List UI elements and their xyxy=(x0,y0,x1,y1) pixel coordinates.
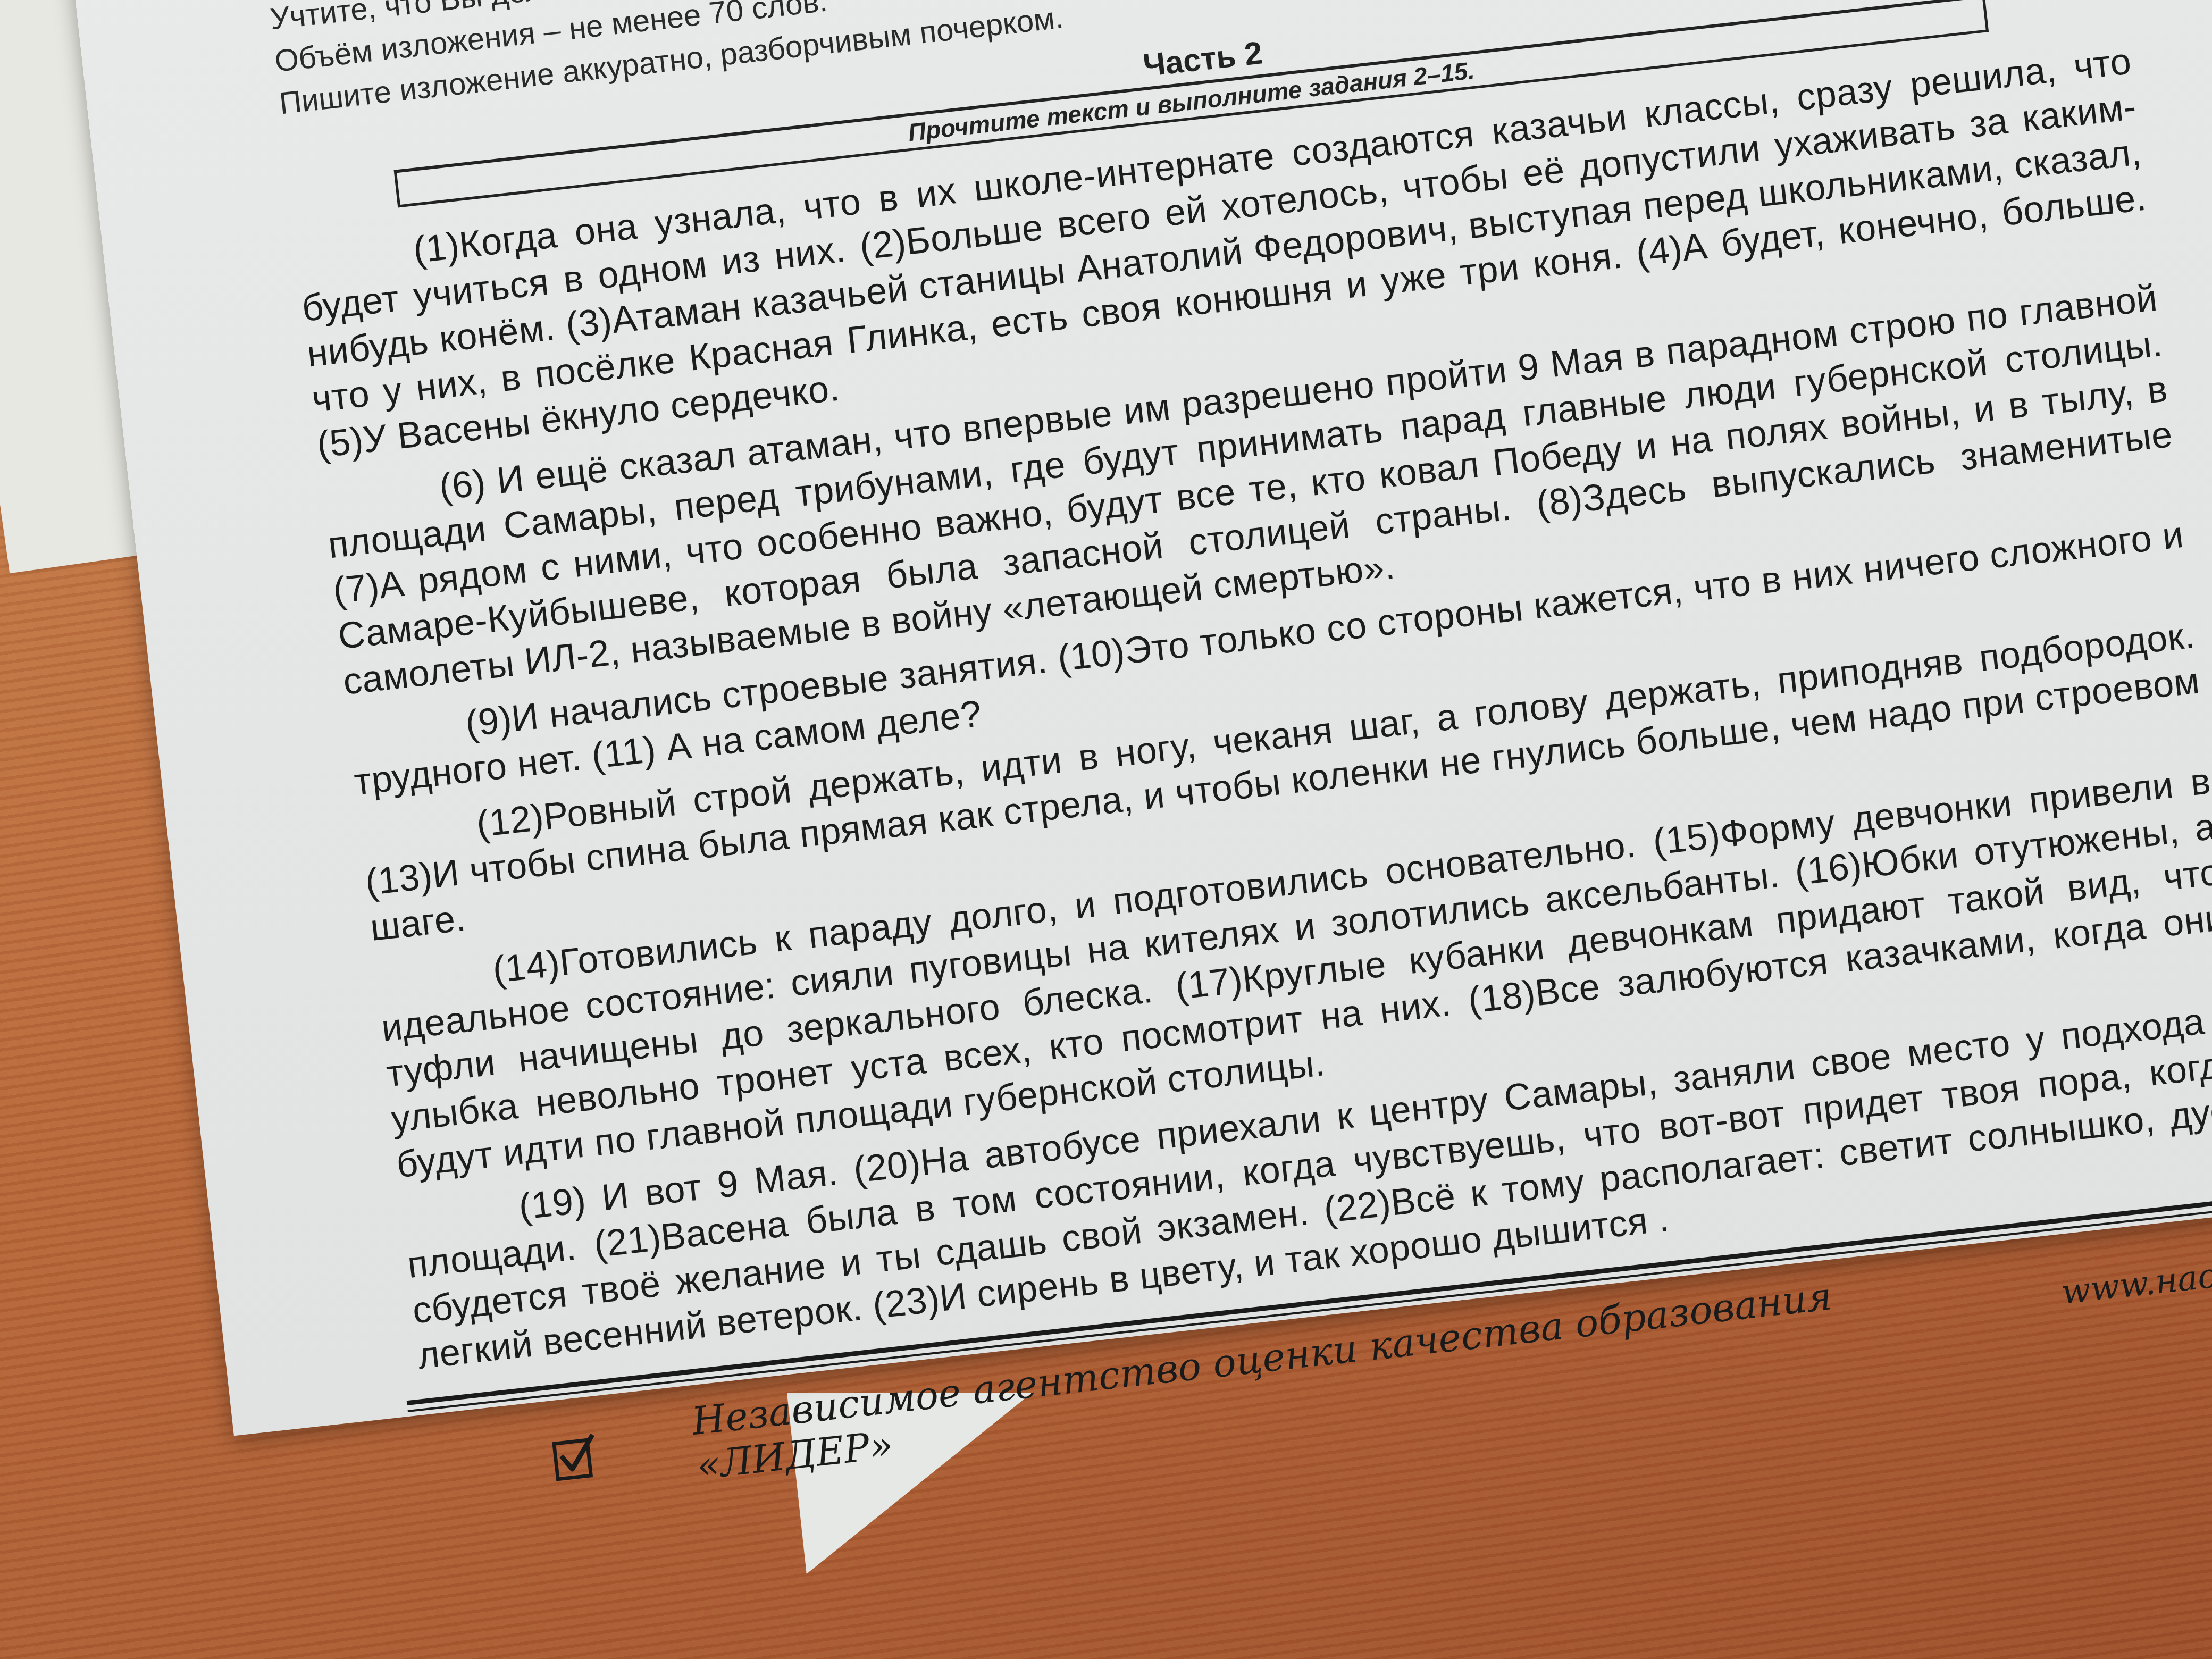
exam-page: Учтите, что Вы должны передать главное с… xyxy=(43,0,2212,1436)
checkbox-checked-icon xyxy=(549,1430,602,1484)
reading-text: (1)Когда она узнала, что в их школе-инте… xyxy=(295,38,2212,1379)
agency-url: www.наоко.рф xyxy=(2059,1245,2212,1312)
page-content: Учтите, что Вы должны передать главное с… xyxy=(268,0,2212,1388)
